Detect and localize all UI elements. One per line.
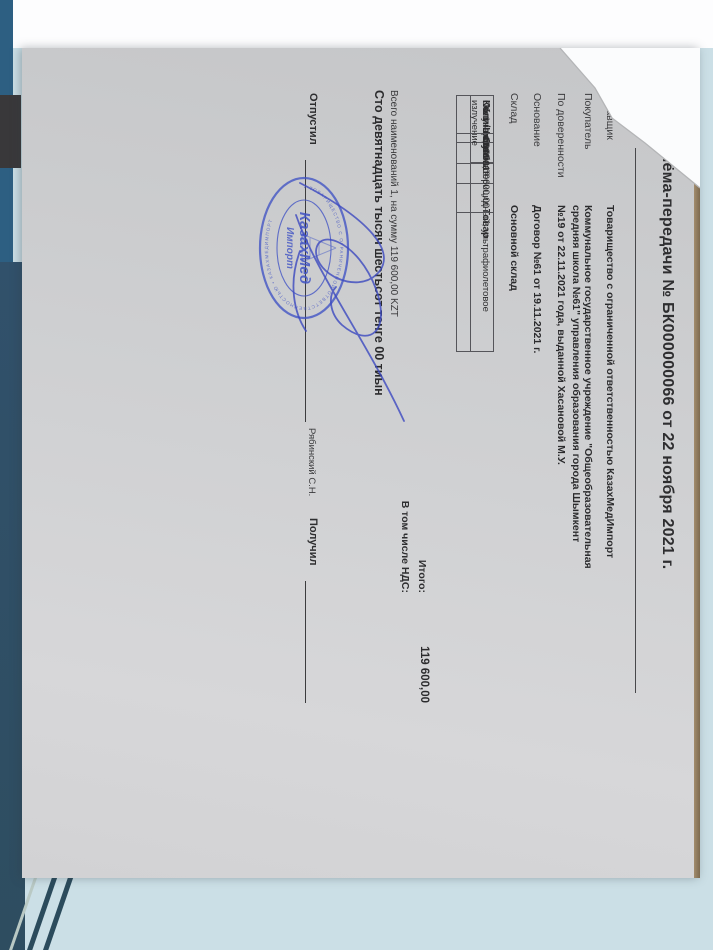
slide-canvas: Акт приёма-передачи № БК000000066 от 22 …: [0, 0, 713, 950]
desk-edge-strip: [694, 176, 700, 878]
field-value-warehouse: Основной склад: [508, 205, 520, 685]
decor-pen-line-dark-2: [42, 871, 75, 950]
field-value-basis: Договор №61 от 19.11.2021 г.: [531, 205, 543, 685]
received-signature-line: [305, 581, 306, 703]
slide-top-band: [0, 0, 713, 48]
field-value-buyer: Коммунальное государственное учреждение …: [570, 205, 594, 685]
field-value-supplier: Товарищество с ограниченной ответственно…: [604, 205, 616, 685]
released-label: Отпустил: [307, 93, 319, 145]
handwritten-signature: [278, 163, 428, 443]
field-label-warehouse: Склад: [508, 93, 520, 123]
total-value: 119 600,00: [418, 568, 430, 703]
folded-corner: [540, 48, 700, 248]
document-photo: Акт приёма-передачи № БК000000066 от 22 …: [22, 48, 700, 878]
cell-sum: 119 600,00: [456, 95, 494, 213]
field-value-power-of-attorney: №19 от 22.11.2021 года, выданной Хасанов…: [555, 205, 567, 685]
left-accent-block: [0, 95, 21, 168]
received-label: Получил: [307, 518, 319, 565]
